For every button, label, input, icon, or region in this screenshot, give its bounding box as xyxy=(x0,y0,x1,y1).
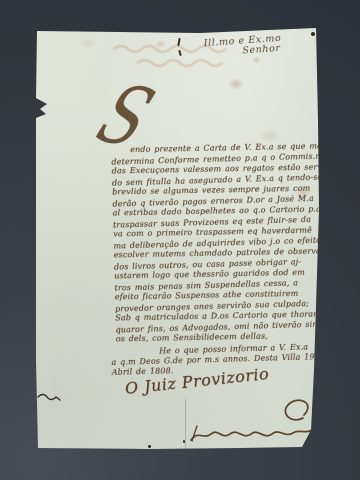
foxing-stain xyxy=(78,38,98,48)
ink-speck xyxy=(148,445,151,448)
letter-body: endo prezente a Carta de V. Ex.a se que … xyxy=(111,140,342,345)
letter-paper: Ill.mo e Ex.mo Senhor S endo prezente a … xyxy=(0,0,360,480)
margin-ink-mark xyxy=(36,389,62,405)
paper-crease xyxy=(185,399,186,449)
foxing-stain xyxy=(252,56,261,64)
photo-of-letter: Ill.mo e Ex.mo Senhor S endo prezente a … xyxy=(0,0,360,480)
signature-flourish xyxy=(188,399,316,447)
foxing-stain xyxy=(228,78,244,90)
